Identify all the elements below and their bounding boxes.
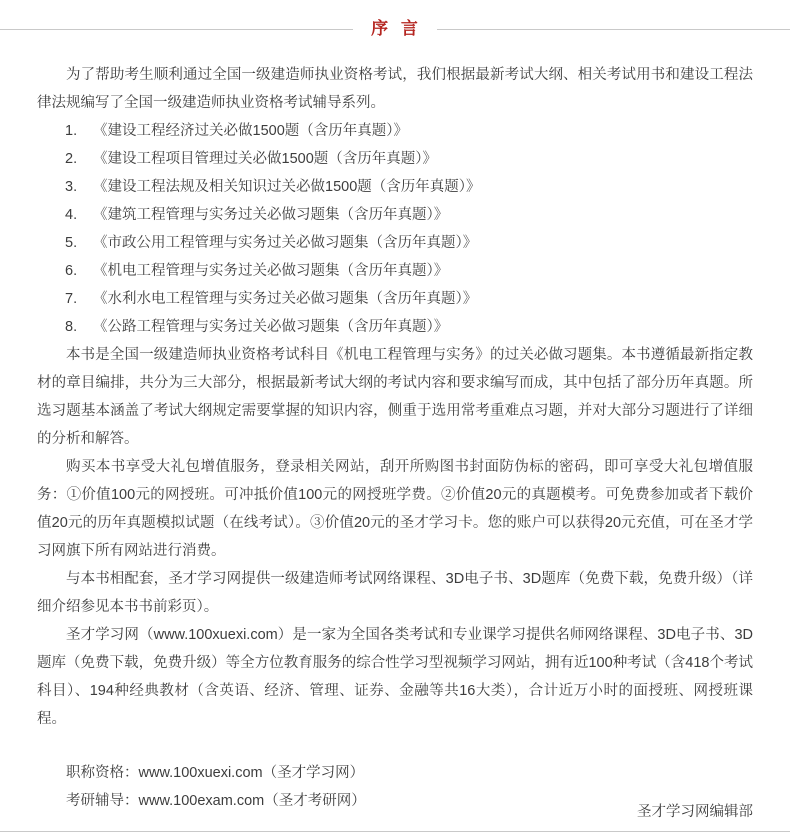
- book-number: 1.: [65, 117, 79, 145]
- book-list-item: 6.《机电工程管理与实务过关必做习题集（含历年真题）》: [65, 257, 753, 285]
- book-title: 《公路工程管理与实务过关必做习题集（含历年真题）》: [93, 319, 448, 335]
- page-header: 序 言: [0, 0, 790, 41]
- book-number: 7.: [65, 285, 79, 313]
- link-site: （圣才学习网）: [263, 765, 365, 781]
- book-list-item: 5.《市政公用工程管理与实务过关必做习题集（含历年真题）》: [65, 229, 753, 257]
- preface-page: 序 言 为了帮助考生顺利通过全国一级建造师执业资格考试，我们根据最新考试大纲、相…: [0, 0, 790, 834]
- page-title: 序 言: [353, 17, 437, 41]
- bottom-rule: [0, 831, 790, 832]
- book-title: 《建设工程经济过关必做1500题（含历年真题）》: [93, 123, 408, 139]
- book-title: 《机电工程管理与实务过关必做习题集（含历年真题）》: [93, 263, 448, 279]
- book-series-list: 1.《建设工程经济过关必做1500题（含历年真题）》 2.《建设工程项目管理过关…: [37, 117, 753, 341]
- link-site: （圣才考研网）: [264, 793, 366, 809]
- intro-paragraph: 为了帮助考生顺利通过全国一级建造师执业资格考试，我们根据最新考试大纲、相关考试用…: [37, 61, 753, 117]
- book-list-item: 4.《建筑工程管理与实务过关必做习题集（含历年真题）》: [65, 201, 753, 229]
- book-number: 5.: [65, 229, 79, 257]
- book-title: 《建设工程项目管理过关必做1500题（含历年真题）》: [93, 151, 437, 167]
- preface-body: 为了帮助考生顺利通过全国一级建造师执业资格考试，我们根据最新考试大纲、相关考试用…: [37, 61, 753, 815]
- link-label: 考研辅导：: [66, 793, 139, 809]
- book-list-item: 3.《建设工程法规及相关知识过关必做1500题（含历年真题）》: [65, 173, 753, 201]
- book-title: 《建设工程法规及相关知识过关必做1500题（含历年真题）》: [93, 179, 481, 195]
- link-line: 职称资格：www.100xuexi.com（圣才学习网）: [37, 759, 753, 787]
- about-book-paragraph: 本书是全国一级建造师执业资格考试科目《机电工程管理与实务》的过关必做习题集。本书…: [37, 341, 753, 453]
- book-title: 《水利水电工程管理与实务过关必做习题集（含历年真题）》: [93, 291, 477, 307]
- book-title: 《建筑工程管理与实务过关必做习题集（含历年真题）》: [93, 207, 448, 223]
- book-number: 8.: [65, 313, 79, 341]
- book-title: 《市政公用工程管理与实务过关必做习题集（含历年真题）》: [93, 235, 477, 251]
- gift-services-paragraph: 购买本书享受大礼包增值服务，登录相关网站，刮开所购图书封面防伪标的密码，即可享受…: [37, 453, 753, 565]
- book-list-item: 8.《公路工程管理与实务过关必做习题集（含历年真题）》: [65, 313, 753, 341]
- link-label: 职称资格：: [66, 765, 139, 781]
- website-intro-paragraph: 圣才学习网（www.100xuexi.com）是一家为全国各类考试和专业课学习提…: [37, 621, 753, 733]
- book-list-item: 7.《水利水电工程管理与实务过关必做习题集（含历年真题）》: [65, 285, 753, 313]
- companion-paragraph: 与本书相配套，圣才学习网提供一级建造师考试网络课程、3D电子书、3D题库（免费下…: [37, 565, 753, 621]
- book-number: 6.: [65, 257, 79, 285]
- book-number: 3.: [65, 173, 79, 201]
- book-number: 2.: [65, 145, 79, 173]
- link-url: www.100xuexi.com: [139, 765, 263, 781]
- link-url: www.100exam.com: [139, 793, 265, 809]
- book-number: 4.: [65, 201, 79, 229]
- editor-credit: 圣才学习网编辑部: [637, 801, 753, 823]
- book-list-item: 1.《建设工程经济过关必做1500题（含历年真题）》: [65, 117, 753, 145]
- book-list-item: 2.《建设工程项目管理过关必做1500题（含历年真题）》: [65, 145, 753, 173]
